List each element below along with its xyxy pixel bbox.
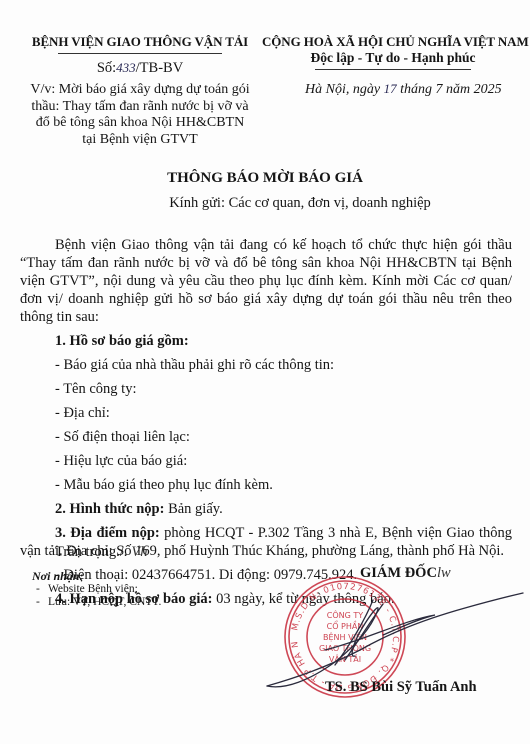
section-1-item: - Địa chỉ: [20,404,512,422]
section-1-title: 1. Hồ sơ báo giá gồm: [55,333,189,349]
header-left: BỆNH VIỆN GIAO THÔNG VẬN TẢI Số:433/TB-B… [20,34,260,77]
date-suffix: tháng 7 năm 2025 [400,82,502,97]
greeting: Kính gửi: Các cơ quan, đơn vị, doanh ngh… [0,195,530,212]
section-1-item: - Mẫu báo giá theo phụ lục đính kèm. [20,476,512,494]
subject-line: tại Bệnh viện GTVT [22,132,258,149]
motto-underline [315,69,471,70]
org-underline [58,53,222,54]
intro-paragraph: Bệnh viện Giao thông vận tải đang có kế … [20,236,512,326]
organization-name: BỆNH VIỆN GIAO THÔNG VẬN TẢI [20,34,260,50]
date-day-handwritten: 17 [384,81,397,96]
document-title: THÔNG BÁO MỜI BÁO GIÁ [0,170,530,187]
national-motto: Độc lập - Tự do - Hạnh phúc [262,50,524,66]
subject-line: thầu: Thay tấm đan rãnh nước bị vỡ và [22,99,258,116]
closing-initials: Vh [131,544,147,560]
subject-line: V/v: Mời báo giá xây dựng dự toán gói [22,82,258,99]
header-right: CỘNG HOÀ XÃ HỘI CHỦ NGHĨA VIỆT NAM Độc l… [262,34,524,70]
document-number: Số:433/TB-BV [20,60,260,77]
subject-line: đổ bê tông sân khoa Nội HH&CBTN [22,115,258,132]
section-1-item: - Số điện thoại liên lạc: [20,428,512,446]
director-role: GIÁM ĐỐC [360,565,437,581]
date-prefix: Hà Nội, ngày [305,82,380,97]
section-1-item: - Tên công ty: [20,380,512,398]
director-initials: lw [437,565,451,581]
doc-number-suffix: /TB-BV [136,60,184,76]
document-page: BỆNH VIỆN GIAO THÔNG VẬN TẢI Số:433/TB-B… [0,0,530,744]
section-3-title: 3. Địa điểm nộp: [55,525,160,541]
section-2-title: 2. Hình thức nộp: [55,501,164,517]
doc-number-handwritten: 433 [116,60,136,75]
section-1-heading: 1. Hồ sơ báo giá gồm: [20,332,512,350]
closing: Trân trọng./.Vh [55,544,147,561]
director-title: GIÁM ĐỐClw [360,565,451,582]
section-1-item: - Hiệu lực của báo giá: [20,452,512,470]
section-2-value: Bản giấy. [164,501,222,517]
recipients-block: Nơi nhận: Website Bệnh viện; Lưu: VT, HC… [32,570,161,609]
recipient-item: Lưu: VT, HCQT, CNTT. [32,596,161,609]
recipients-label: Nơi nhận: [32,570,161,583]
doc-number-prefix: Số: [97,60,116,76]
section-2: 2. Hình thức nộp: Bản giấy. [20,500,512,518]
subject-block: V/v: Mời báo giá xây dựng dự toán gói th… [22,82,258,148]
country-name: CỘNG HOÀ XÃ HỘI CHỦ NGHĨA VIỆT NAM [262,34,524,50]
handwritten-signature-icon [265,590,525,690]
signer-name: TS. BS Bùi Sỹ Tuấn Anh [325,679,477,696]
recipient-item: Website Bệnh viện; [32,583,161,596]
closing-text: Trân trọng./. [55,544,127,560]
issue-date: Hà Nội, ngày 17 tháng 7 năm 2025 [305,81,502,98]
section-1-item: - Báo giá của nhà thầu phải ghi rõ các t… [20,356,512,374]
